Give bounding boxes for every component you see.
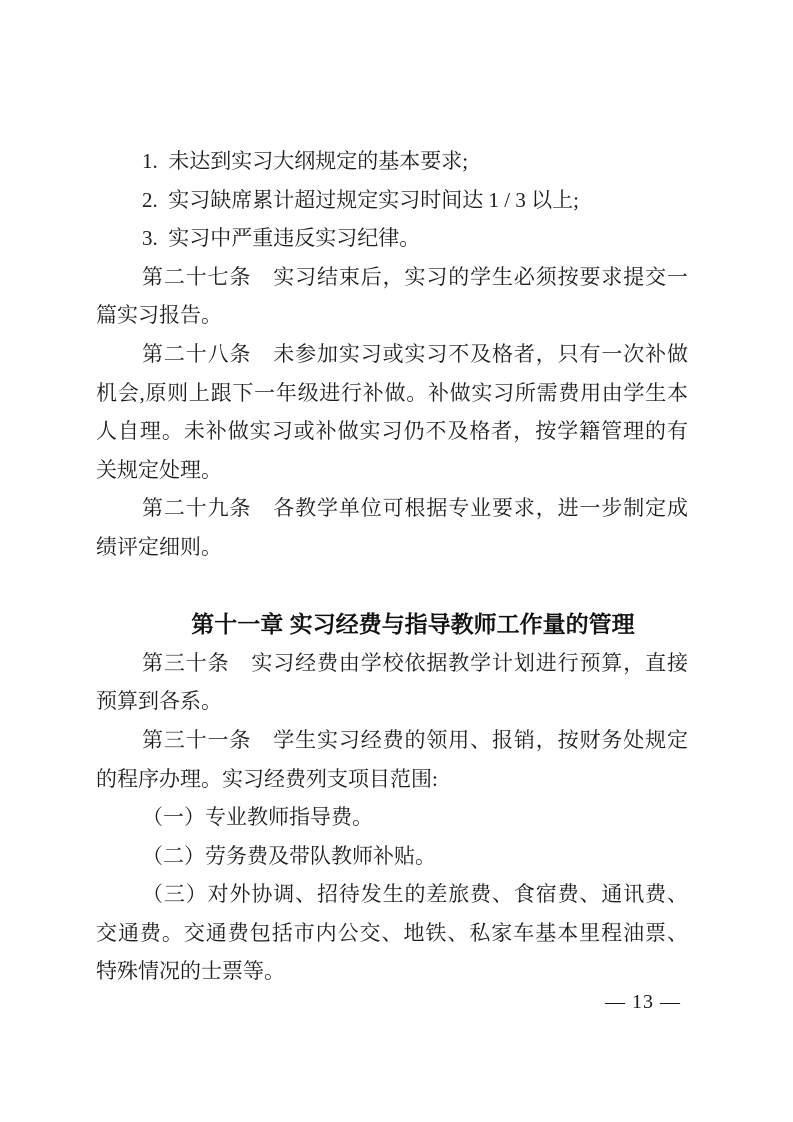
text-line: 第二十八条 未参加实习或实习不及格者，只有一次补做 [96, 335, 688, 374]
text-line: 1. 未达到实习大纲规定的基本要求; [96, 142, 688, 181]
chapter-heading: 第十一章 实习经费与指导教师工作量的管理 [96, 605, 688, 644]
text-line: 交通费。交通费包括市内公交、地铁、私家车基本里程油票、 [96, 914, 688, 953]
text-line: 绩评定细则。 [96, 528, 688, 567]
text-line: 特殊情况的士票等。 [96, 952, 688, 991]
document-body: 1. 未达到实习大纲规定的基本要求;2. 实习缺席累计超过规定实习时间达 1 /… [96, 142, 688, 991]
text-line: 2. 实习缺席累计超过规定实习时间达 1 / 3 以上; [96, 181, 688, 220]
text-line: 人自理。未补做实习或补做实习仍不及格者，按学籍管理的有 [96, 412, 688, 451]
text-line: 第三十条 实习经费由学校依据教学计划进行预算，直接 [96, 644, 688, 683]
document-page: 1. 未达到实习大纲规定的基本要求;2. 实习缺席累计超过规定实习时间达 1 /… [0, 0, 793, 1122]
text-line: 第三十一条 学生实习经费的领用、报销，按财务处规定 [96, 721, 688, 760]
text-line: 第二十七条 实习结束后，实习的学生必须按要求提交一 [96, 258, 688, 297]
text-line: 3. 实习中严重违反实习纪律。 [96, 219, 688, 258]
text-line: （一）专业教师指导费。 [96, 798, 688, 837]
text-line: 第二十九条 各教学单位可根据专业要求，进一步制定成 [96, 489, 688, 528]
text-line: （三）对外协调、招待发生的差旅费、食宿费、通讯费、 [96, 875, 688, 914]
text-line: （二）劳务费及带队教师补贴。 [96, 837, 688, 876]
text-line: 关规定处理。 [96, 451, 688, 490]
text-line: 机会,原则上跟下一年级进行补做。补做实习所需费用由学生本 [96, 374, 688, 413]
text-line: 的程序办理。实习经费列支项目范围: [96, 760, 688, 799]
text-line: 篇实习报告。 [96, 296, 688, 335]
text-line: 预算到各系。 [96, 682, 688, 721]
blank-line [96, 567, 688, 606]
page-number: — 13 — [605, 986, 681, 1018]
